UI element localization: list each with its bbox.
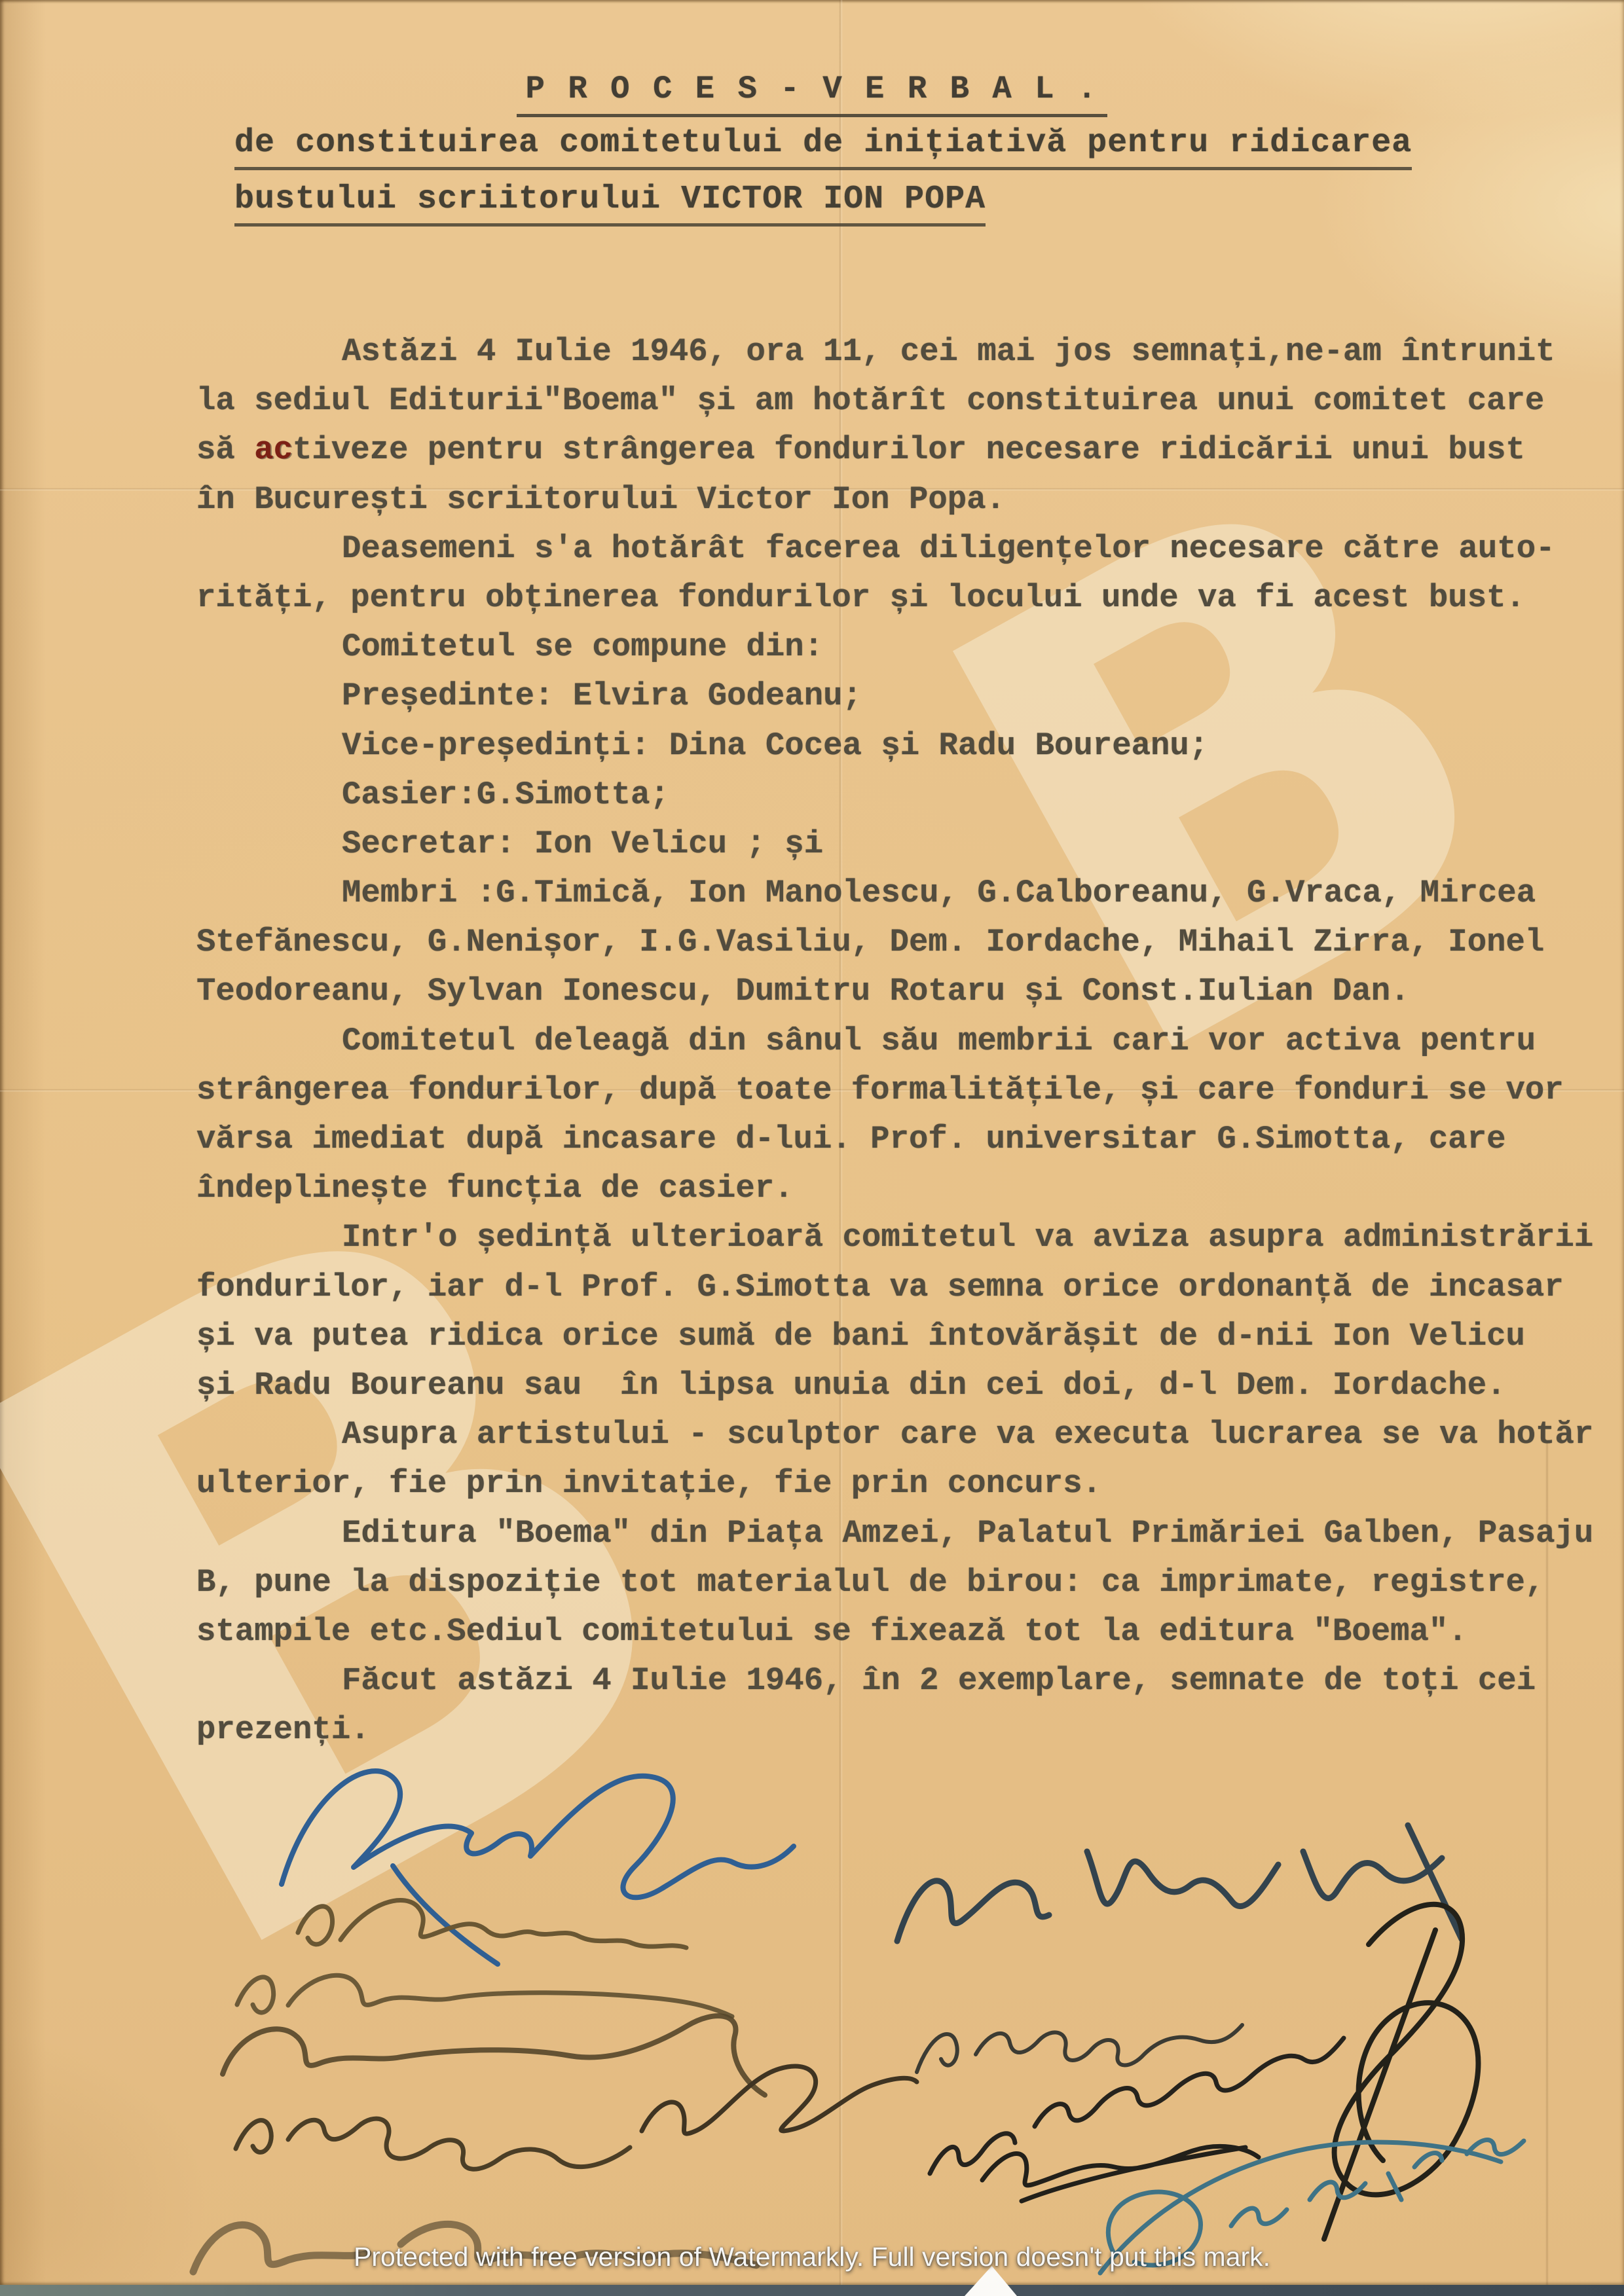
scan-edge-strip xyxy=(0,2285,1624,2296)
signature-dem-iordache xyxy=(236,2119,630,2169)
watermark-caption: Protected with free version of Watermark… xyxy=(0,2242,1624,2272)
signatures-layer xyxy=(0,0,1624,2296)
signature-ionescu-sylvan xyxy=(237,1975,732,2016)
document-page: B B P R O C E S - V E R B A L . de const… xyxy=(0,0,1624,2296)
signature-g-simotta xyxy=(642,2066,917,2134)
signature-constantin xyxy=(982,2146,1259,2201)
signature-radu-boureanu xyxy=(223,2016,765,2095)
signature-flourish-large xyxy=(1324,1904,1478,2239)
signature-g-calboreanu xyxy=(298,1900,686,1948)
signature-ion-velicu xyxy=(897,1825,1462,1941)
signature-gh-nenisor xyxy=(917,2025,1242,2072)
